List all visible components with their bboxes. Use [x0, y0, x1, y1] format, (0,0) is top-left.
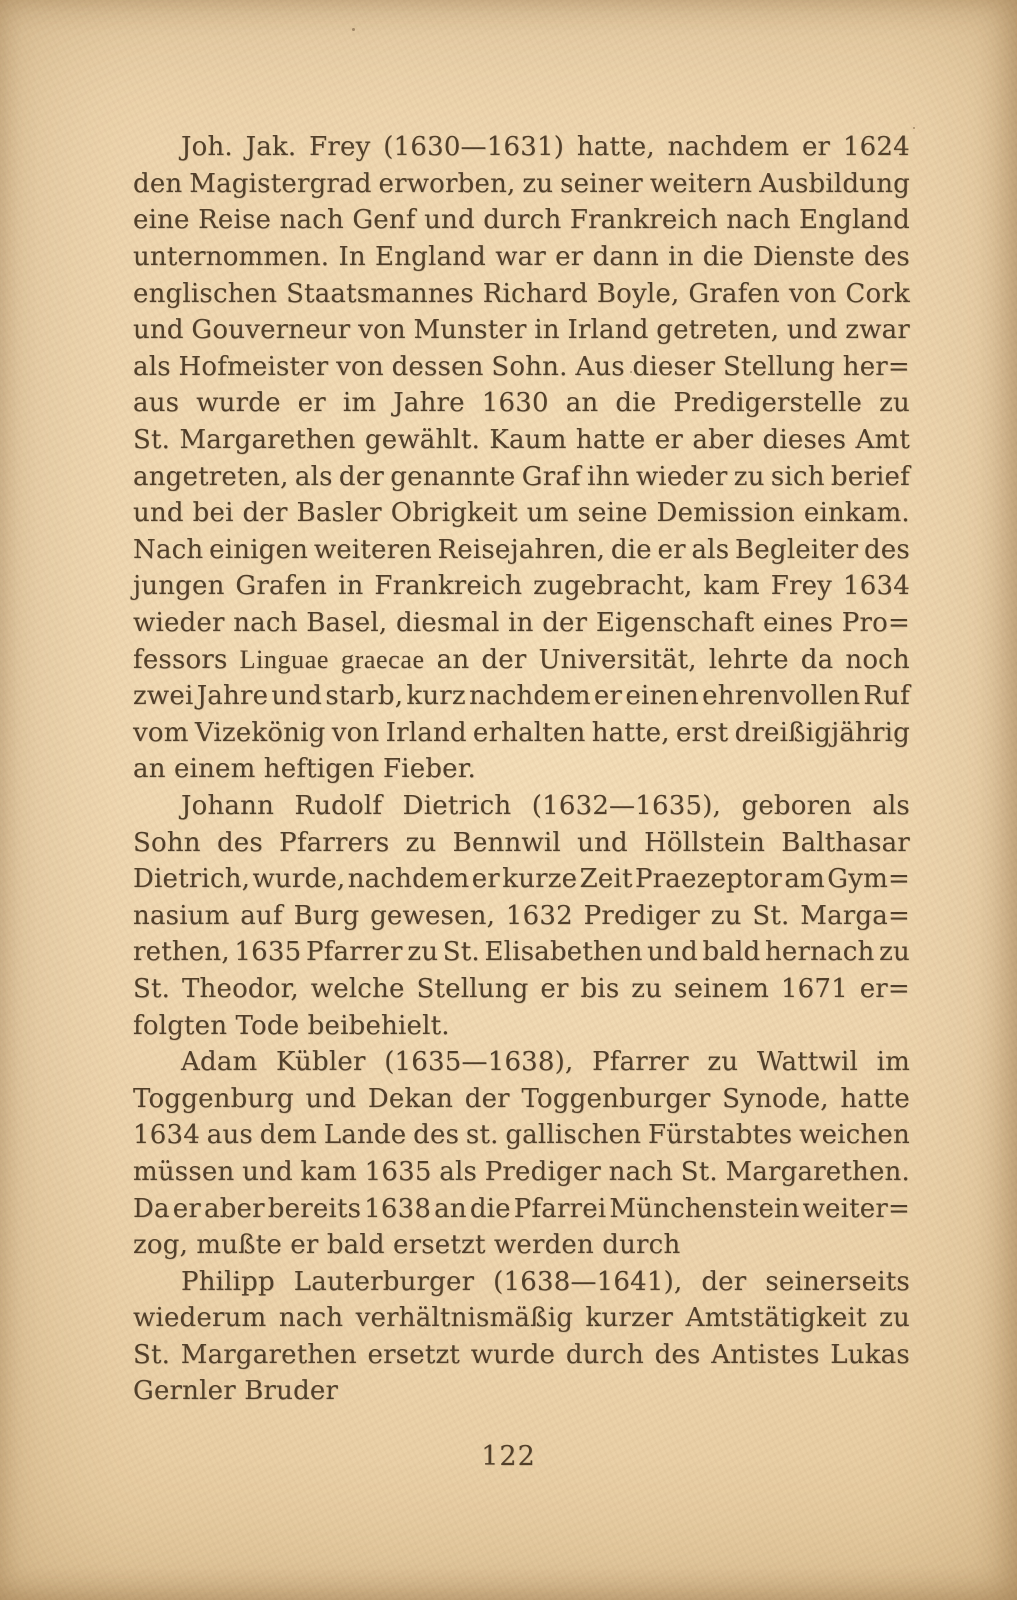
- paper-speck: [913, 127, 915, 129]
- text-line: fessorsLinguaegraecaeanderUniversität,le…: [133, 641, 910, 678]
- text-line: jungenGrafeninFrankreichzugebracht,kamFr…: [133, 568, 910, 605]
- page-text: Joh.Jak.Frey(1630—1631)hatte,nachdemer16…: [133, 129, 910, 1410]
- text-line: St.Theodor,welcheStellungerbiszuseinem16…: [133, 971, 910, 1008]
- text-line: PhilippLauterburger(1638—1641),derseiner…: [133, 1263, 910, 1300]
- text-line: undbeiderBaslerObrigkeitumseineDemission…: [133, 495, 910, 532]
- paragraph: JohannRudolfDietrich(1632—1635),geborena…: [133, 788, 910, 1044]
- text-line: wiederumnachverhältnismäßigkurzerAmtstät…: [133, 1300, 910, 1337]
- text-line: GernlerBruder: [133, 1373, 910, 1410]
- paragraph: Joh.Jak.Frey(1630—1631)hatte,nachdemer16…: [133, 129, 910, 788]
- text-line: eineReisenachGenfunddurchFrankreichnachE…: [133, 202, 910, 239]
- text-line: AdamKübler(1635—1638),PfarrerzuWattwilim: [133, 1044, 910, 1081]
- paragraph: PhilippLauterburger(1638—1641),derseiner…: [133, 1263, 910, 1409]
- book-page: Joh.Jak.Frey(1630—1631)hatte,nachdemer16…: [0, 0, 1017, 1600]
- text-line: zog,mußteerbaldersetztwerdendurch: [133, 1227, 910, 1264]
- paper-speck: [352, 28, 355, 31]
- text-line: müssenundkam1635alsPredigernachSt.Margar…: [133, 1154, 910, 1191]
- text-line: NacheinigenweiterenReisejahren,dieeralsB…: [133, 532, 910, 569]
- text-line: denMagistergraderworben,zuseinerweiternA…: [133, 166, 910, 203]
- text-line: nasiumaufBurggewesen,1632PredigerzuSt.Ma…: [133, 897, 910, 934]
- text-line: undGouverneurvonMunsterinIrlandgetreten,…: [133, 312, 910, 349]
- text-line: ToggenburgundDekanderToggenburgerSynode,…: [133, 1080, 910, 1117]
- text-line: wiedernachBasel,diesmalinderEigenschafte…: [133, 605, 910, 642]
- text-line: Dietrich,wurde,nachdemerkurzeZeitPraezep…: [133, 861, 910, 898]
- text-line: 1634ausdemLandedesst.gallischenFürstabte…: [133, 1117, 910, 1154]
- text-line: SohndesPfarrerszuBennwilundHöllsteinBalt…: [133, 824, 910, 861]
- text-line: auswurdeerimJahre1630andiePredigerstelle…: [133, 385, 910, 422]
- text-line: alsHofmeistervondessenSohn.AusdieserStel…: [133, 349, 910, 386]
- text-line: Daeraberbereits1638andiePfarreiMünchenst…: [133, 1190, 910, 1227]
- text-line: vomVizekönigvonIrlanderhaltenhatte,erstd…: [133, 715, 910, 752]
- text-line: JohannRudolfDietrich(1632—1635),geborena…: [133, 788, 910, 825]
- text-line: rethen,1635PfarrerzuSt.Elisabethenundbal…: [133, 934, 910, 971]
- text-line: zweiJahreundstarb,kurznachdemereinenehre…: [133, 678, 910, 715]
- text-line: St.Margarethengewählt.Kaumhatteeraberdie…: [133, 422, 910, 459]
- page-number: 122: [0, 1441, 1017, 1472]
- text-line: unternommen.InEnglandwarerdannindieDiens…: [133, 239, 910, 276]
- text-line: Joh.Jak.Frey(1630—1631)hatte,nachdemer16…: [133, 129, 910, 166]
- text-line: englischenStaatsmannesRichardBoyle,Grafe…: [133, 275, 910, 312]
- text-line: folgtenTodebeibehielt.: [133, 1007, 910, 1044]
- paragraph: AdamKübler(1635—1638),PfarrerzuWattwilim…: [133, 1044, 910, 1264]
- text-line: St.MargarethenersetztwurdedurchdesAntist…: [133, 1337, 910, 1374]
- text-line: aneinemheftigenFieber.: [133, 751, 910, 788]
- text-line: angetreten,alsdergenannteGrafihnwiederzu…: [133, 458, 910, 495]
